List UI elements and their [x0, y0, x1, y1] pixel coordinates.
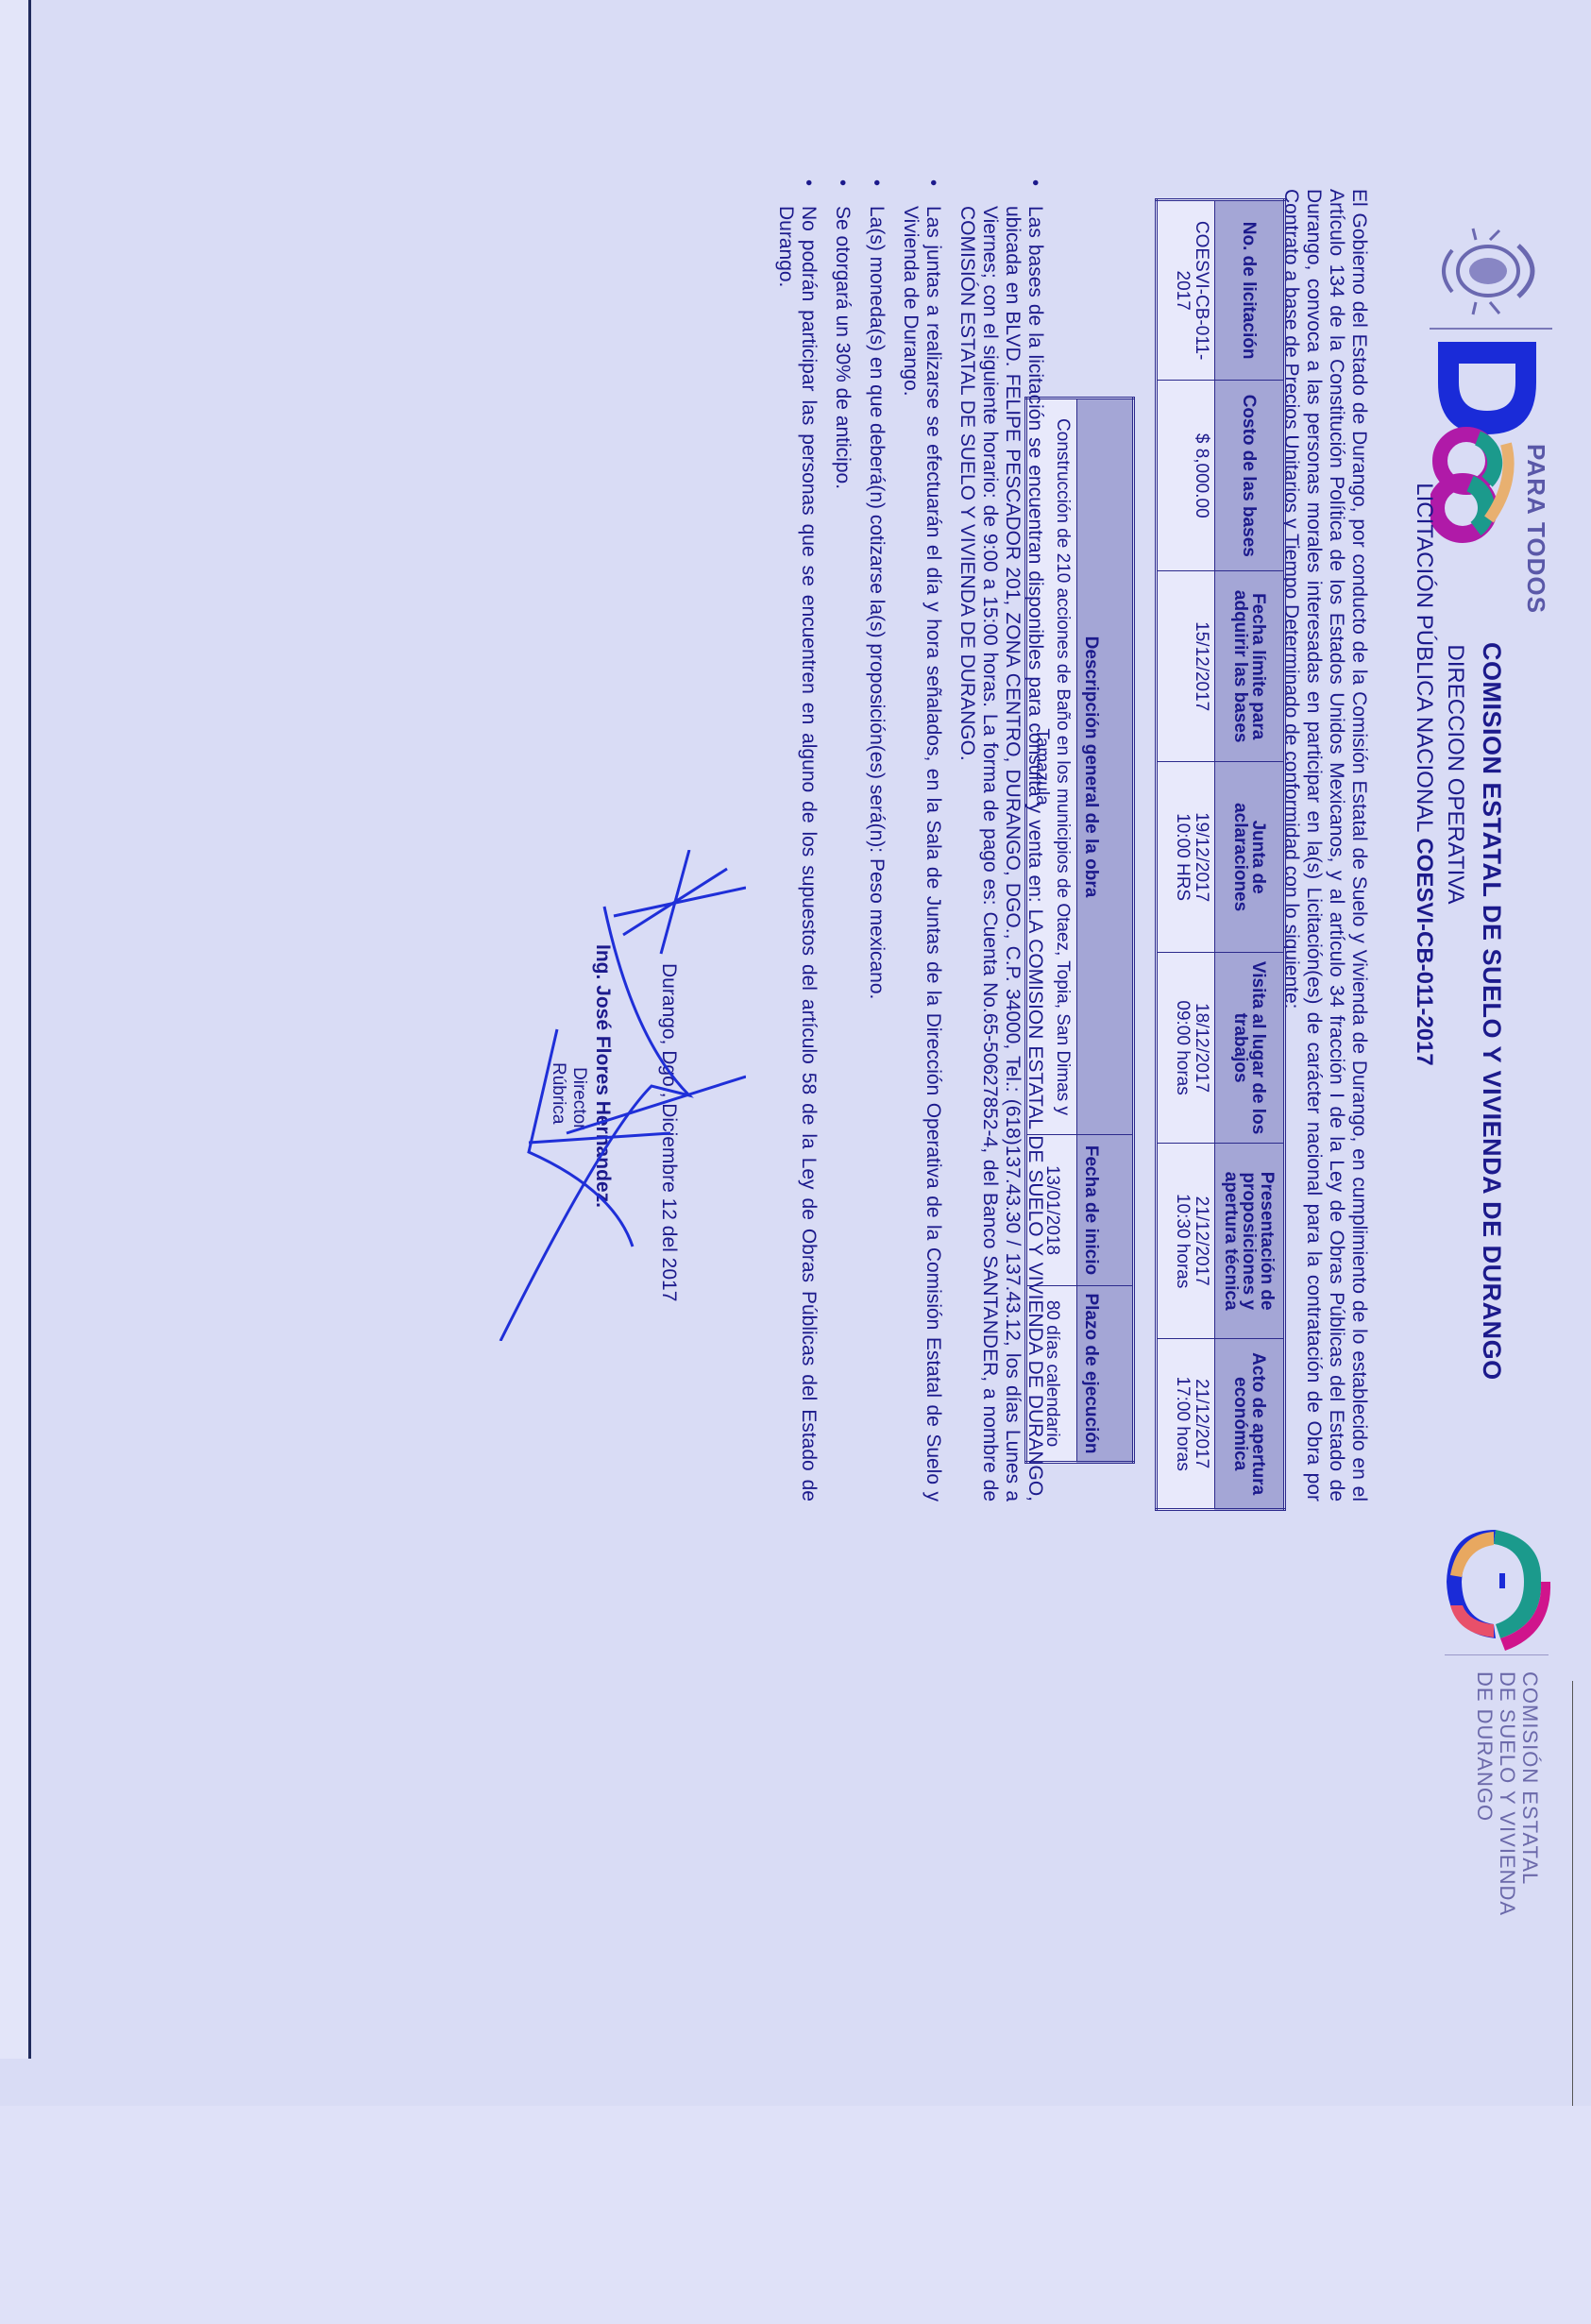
list-item: Las juntas a realizarse se efectuarán el…	[899, 206, 944, 1501]
cell-presentacion-proposiciones: 21/12/2017 10:30 horas	[1157, 1144, 1215, 1339]
table-header-row: No. de licitación Costo de las bases Fec…	[1215, 200, 1285, 1510]
header-fecha-inicio: Fecha de inicio	[1077, 1135, 1134, 1286]
para-todos-tagline: PARA TODOS	[1521, 444, 1550, 614]
list-item: Las bases de la licitación se encuentran…	[956, 206, 1046, 1501]
intro-paragraph: El Gobierno del Estado de Durango, por c…	[1279, 189, 1370, 1501]
logo-divider-right	[1445, 1654, 1549, 1655]
header-presentacion-proposiciones: Presentación de proposiciones y apertura…	[1215, 1144, 1285, 1339]
header-plazo-ejecucion: Plazo de ejecución	[1077, 1286, 1134, 1463]
list-item: La(s) moneda(s) en que deberá(n) cotizar…	[865, 206, 888, 1501]
handwritten-signature-icon	[482, 850, 746, 1341]
document-title: COMISION ESTATAL DE SUELO Y VIVIENDA DE …	[1477, 642, 1506, 1381]
header-descripcion-obra: Descripción general de la obra	[1077, 399, 1134, 1135]
header-fecha-limite: Fecha límite para adquirir las bases	[1215, 571, 1285, 762]
cell-costo-bases: $ 8,000.00	[1157, 381, 1215, 571]
scan-bottom-strip	[0, 2106, 1591, 2324]
list-item: Se otorgará un 30% de anticipo.	[831, 206, 854, 1501]
cell-fecha-limite: 15/12/2017	[1157, 571, 1215, 762]
cell-visita-lugar: 18/12/2017 09:00 horas	[1157, 953, 1215, 1144]
header-costo-bases: Costo de las bases	[1215, 381, 1285, 571]
header-visita-lugar: Visita al lugar de los trabajos	[1215, 953, 1285, 1144]
document-subtitle: DIRECCION OPERATIVA	[1442, 38, 1468, 1511]
cell-apertura-economica: 21/12/2017 17:00 horas	[1157, 1339, 1215, 1510]
comision-label: COMISIÓN ESTATAL DE SUELO Y VIVIENDA DE …	[1473, 1671, 1541, 1916]
cell-junta-aclaraciones: 19/12/2017 10:00 HRS	[1157, 762, 1215, 953]
list-item: No podrán participar las personas que se…	[774, 206, 820, 1501]
licitacion-heading: LICITACIÓN PÚBLICA NACIONAL COESVI-CB-01…	[1411, 38, 1437, 1511]
table-row: COESVI-CB-011-2017 $ 8,000.00 15/12/2017…	[1157, 200, 1215, 1510]
rotated-document-page: PARA TODOS COMISIÓN ESTATAL DE SUELO Y V…	[85, 38, 1558, 2096]
header-apertura-economica: Acto de apertura económica	[1215, 1339, 1285, 1510]
scan-left-edge	[0, 0, 31, 2059]
scan-edge-line	[1572, 1681, 1573, 2106]
licitacion-code: COESVI-CB-011-2017	[1412, 838, 1437, 1065]
licitacion-schedule-table: No. de licitación Costo de las bases Fec…	[1155, 198, 1286, 1511]
table-header-row: Descripción general de la obra Fecha de …	[1077, 399, 1134, 1463]
header-junta-aclaraciones: Junta de aclaraciones	[1215, 762, 1285, 953]
cell-no-licitacion: COESVI-CB-011-2017	[1157, 200, 1215, 381]
conditions-list: Las bases de la licitación se encuentran…	[763, 179, 1046, 1501]
header-no-licitacion: No. de licitación	[1215, 200, 1285, 381]
comision-house-logo	[1439, 1511, 1552, 1653]
